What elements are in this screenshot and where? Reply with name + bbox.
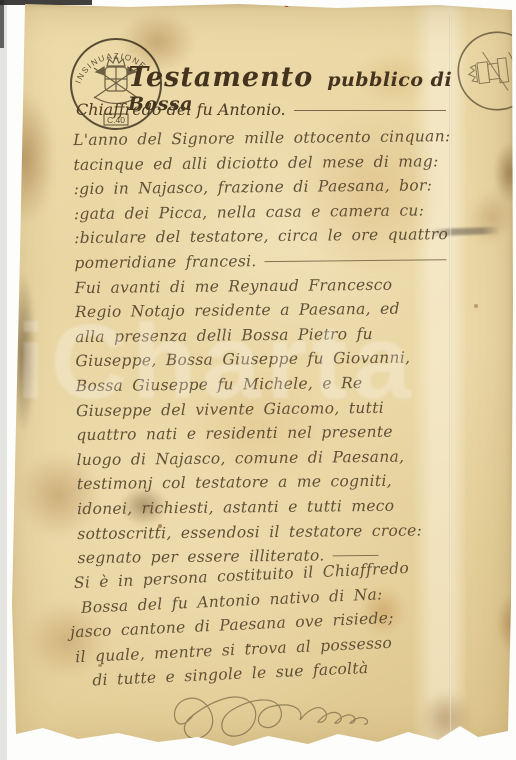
- paper-stain: [494, 142, 516, 204]
- paragraph: Si è in persona costituito il Chiaffredo…: [73, 553, 476, 694]
- pen-flourish-signature-mark: [158, 680, 430, 750]
- scan-shadow-side: [0, 0, 4, 48]
- ink-rule: [294, 110, 446, 111]
- paragraph: L'anno del Signore mille ottocento cinqu…: [73, 124, 473, 276]
- manuscript-paper-sheet: INSINUAZIONE C.40: [8, 4, 513, 752]
- scan-shadow-top: [0, 0, 92, 5]
- paper-stain: [0, 92, 55, 224]
- ink-rule: [265, 259, 447, 262]
- paragraph: Fui avanti di me Reynaud FrancescoRegio …: [75, 271, 476, 570]
- manuscript-body: L'anno del Signore mille ottocento cinqu…: [73, 124, 477, 694]
- paper-edge-dark-streak: [10, 272, 36, 434]
- document-subtitle: Chiaffredo del fu Antonio.: [76, 100, 286, 119]
- paper-speck: [284, 3, 289, 7]
- document-title: Testamento: [128, 62, 313, 93]
- paper-speck: [474, 304, 478, 308]
- document-subtitle-row: Chiaffredo del fu Antonio.: [76, 100, 476, 119]
- scanner-edge-strip: [0, 0, 7, 760]
- paper-stain: [496, 594, 516, 652]
- ink-rule: [333, 555, 379, 556]
- scanned-document-photo: INSINUAZIONE C.40: [0, 0, 516, 760]
